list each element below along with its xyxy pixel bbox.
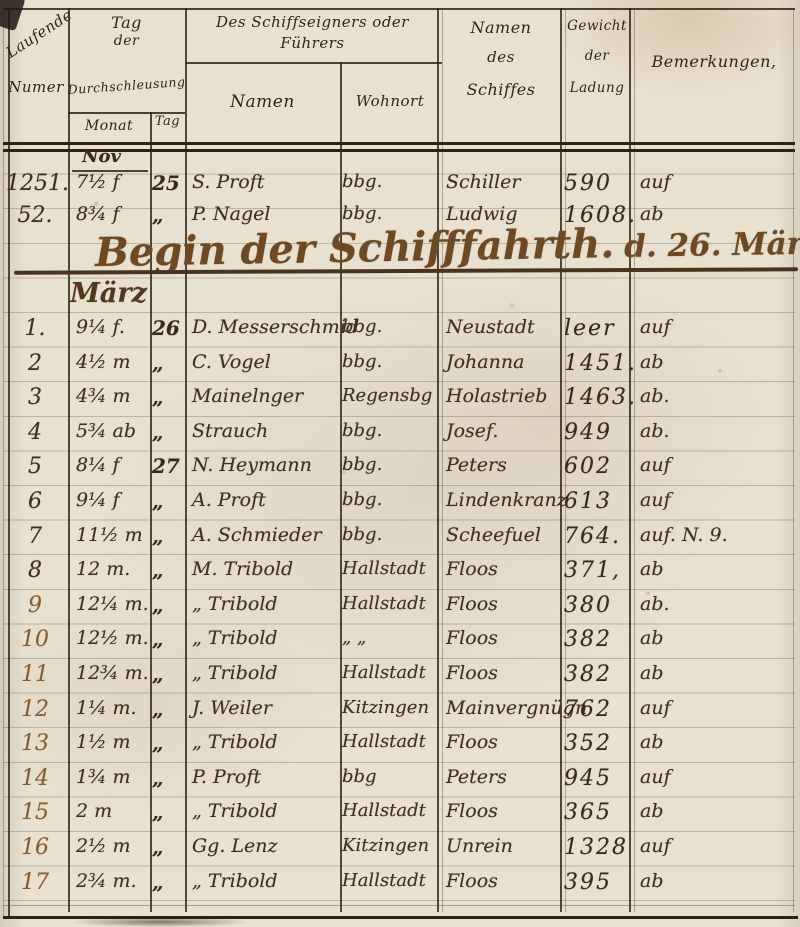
header-date-line1: Tag [68, 13, 185, 32]
cell-home-town: Hallstadt [342, 593, 426, 614]
header-ship-line2: des [442, 48, 560, 66]
cell-remark: ab. [640, 593, 670, 615]
header-sub-month: Monat [68, 118, 150, 134]
header-ship-line1: Namen [442, 18, 560, 37]
cell-home-town: Hallstadt [342, 731, 426, 752]
cell-remark: ab [640, 870, 664, 892]
cell-day: „ [152, 593, 164, 617]
cell-day: „ [152, 524, 164, 548]
cell-running-number: 11 [6, 662, 64, 687]
cell-owner-name: „ Tribold [192, 800, 278, 822]
ledger-row: 4 5¾ ab „ Strauch bbg. Josef. 949 ab. [0, 420, 800, 454]
cell-remark: ab [640, 351, 664, 373]
cell-owner-name: A. Proft [192, 489, 266, 511]
cell-time: 12¾ m. [76, 662, 149, 684]
cell-day: „ [152, 351, 164, 375]
cell-time: 7½ f [76, 171, 120, 193]
cell-running-number: 1251. [6, 171, 64, 196]
cell-time: 8¼ f [76, 454, 120, 476]
cell-cargo-weight: 602 [564, 454, 612, 479]
cell-ship-name: Floos [446, 800, 498, 822]
cell-running-number: 12 [6, 697, 64, 722]
cell-running-number: 7 [6, 524, 64, 549]
cell-home-town: „ „ [342, 627, 366, 648]
cell-owner-name: Gg. Lenz [192, 835, 278, 857]
ledger-row: 2 4½ m „ C. Vogel bbg. Johanna 1451. ab [0, 351, 800, 385]
cell-owner-name: S. Proft [192, 171, 264, 193]
cell-owner-name: M. Tribold [192, 558, 293, 580]
cell-day: „ [152, 489, 164, 513]
cell-ship-name: Floos [446, 627, 498, 649]
season-heading-date: d. 26. März 1856 [624, 224, 800, 265]
cell-home-town: bbg. [342, 524, 382, 545]
cell-cargo-weight: 380 [564, 593, 612, 618]
ledger-row: 1251. 7½ f 25 S. Proft bbg. Schiller 590… [0, 171, 800, 205]
cell-time: 1¾ m [76, 766, 131, 788]
cell-running-number: 13 [6, 731, 64, 756]
cell-remark: auf [640, 697, 671, 719]
cell-home-town: Kitzingen [342, 697, 429, 718]
ledger-row: 10 12½ m. „ „ Tribold „ „ Floos 382 ab [0, 627, 800, 661]
cell-time: 11½ m [76, 524, 143, 546]
cell-running-number: 3 [6, 385, 64, 410]
ledger-row: 15 2 m „ „ Tribold Hallstadt Floos 365 a… [0, 800, 800, 834]
cell-running-number: 4 [6, 420, 64, 445]
cell-day: „ [152, 385, 164, 409]
cell-cargo-weight: 1328 [564, 835, 628, 860]
cell-time: 8¾ f [76, 203, 120, 225]
cell-time: 4½ m [76, 351, 131, 373]
cell-running-number: 15 [6, 800, 64, 825]
cell-ship-name: Johanna [446, 351, 524, 373]
ledger-page: Laufende Numer Tag der Durchschleusung M… [0, 0, 800, 927]
cell-time: 12 m. [76, 558, 130, 580]
cell-time: 12½ m. [76, 627, 149, 649]
cell-owner-name: „ Tribold [192, 870, 278, 892]
cell-ship-name: Peters [446, 454, 507, 476]
cell-owner-name: „ Tribold [192, 731, 278, 753]
cell-day: „ [152, 870, 164, 894]
cell-day: „ [152, 420, 164, 444]
bottom-smudge [40, 916, 280, 927]
cell-ship-name: Neustadt [446, 316, 535, 338]
month-label-marz: März [70, 278, 147, 309]
ledger-row: 17 2¾ m. „ „ Tribold Hallstadt Floos 395… [0, 870, 800, 904]
header-date-line3: Durchschleusung [66, 74, 188, 97]
cell-owner-name: P. Proft [192, 766, 261, 788]
cell-cargo-weight: 395 [564, 870, 612, 895]
cell-running-number: 14 [6, 766, 64, 791]
cell-ship-name: Scheefuel [446, 524, 541, 546]
cell-ship-name: Josef. [446, 420, 498, 442]
cell-day: 25 [152, 171, 180, 195]
cell-cargo-weight: 365 [564, 800, 612, 825]
header-bottom-line-2 [3, 149, 795, 152]
cell-home-town: bbg. [342, 489, 382, 510]
cell-cargo-weight: 371, [564, 558, 621, 583]
cell-owner-name: N. Heymann [192, 454, 312, 476]
cell-cargo-weight: 382 [564, 627, 612, 652]
cell-day: 26 [152, 316, 180, 340]
ledger-row: 12 1¼ m. „ J. Weiler Kitzingen Mainvergn… [0, 697, 800, 731]
corner-ink-blot [0, 0, 26, 31]
cell-ship-name: Peters [446, 766, 507, 788]
cell-owner-name: D. Messerschmid [192, 316, 358, 338]
cell-running-number: 10 [6, 627, 64, 652]
cell-ship-name: Floos [446, 662, 498, 684]
cell-running-number: 17 [6, 870, 64, 895]
owner-header-underline [185, 62, 442, 64]
cell-running-number: 5 [6, 454, 64, 479]
cell-time: 2¾ m. [76, 870, 137, 892]
cell-owner-name: C. Vogel [192, 351, 271, 373]
cell-remark: auf [640, 171, 671, 193]
cell-home-town: bbg. [342, 420, 382, 441]
cell-home-town: Hallstadt [342, 558, 426, 579]
cell-remark: ab [640, 558, 664, 580]
cell-owner-name: „ Tribold [192, 627, 278, 649]
cell-day: „ [152, 766, 164, 790]
month-label-nov: Nov [82, 146, 121, 167]
cell-ship-name: Floos [446, 870, 498, 892]
cell-cargo-weight: 1451. [564, 351, 637, 376]
cell-cargo-weight: 949 [564, 420, 612, 445]
header-sub-day: Tag [150, 114, 185, 129]
cell-home-town: bbg. [342, 203, 382, 224]
ledger-row: 16 2½ m „ Gg. Lenz Kitzingen Unrein 1328… [0, 835, 800, 869]
cell-cargo-weight: 382 [564, 662, 612, 687]
cell-day: „ [152, 558, 164, 582]
cell-cargo-weight: 1463. [564, 385, 637, 410]
ledger-row: 11 12¾ m. „ „ Tribold Hallstadt Floos 38… [0, 662, 800, 696]
cell-day: „ [152, 731, 164, 755]
cell-ship-name: Floos [446, 731, 498, 753]
cell-owner-name: A. Schmieder [192, 524, 322, 546]
header-remarks: Bemerkungen, [634, 52, 794, 71]
cell-day: „ [152, 697, 164, 721]
cell-running-number: 9 [6, 593, 64, 618]
cell-running-number: 1. [6, 316, 64, 341]
header-owner-line1: Des Schiffseigners oder [185, 13, 440, 31]
header-bottom-line-1 [3, 142, 795, 145]
cell-home-town: bbg. [342, 316, 382, 337]
cell-time: 12¼ m. [76, 593, 149, 615]
cell-cargo-weight: 945 [564, 766, 612, 791]
cell-ship-name: Floos [446, 558, 498, 580]
ledger-row: 6 9¼ f „ A. Proft bbg. Lindenkranz 613 a… [0, 489, 800, 523]
header-weight-line2: der [563, 48, 631, 64]
ledger-row: 13 1½ m „ „ Tribold Hallstadt Floos 352 … [0, 731, 800, 765]
cell-owner-name: P. Nagel [192, 203, 270, 225]
header-date-line2: der [68, 33, 185, 49]
cell-day: „ [152, 627, 164, 651]
header-weight-line3: Ladung [563, 80, 631, 96]
cell-remark: ab [640, 627, 664, 649]
cell-home-town: bbg. [342, 351, 382, 372]
cell-remark: ab [640, 662, 664, 684]
header-number-line2: Numer [6, 78, 66, 96]
cell-running-number: 2 [6, 351, 64, 376]
cell-home-town: Hallstadt [342, 870, 426, 891]
header-sub-home: Wohnort [340, 92, 440, 110]
cell-time: 5¾ ab [76, 420, 136, 442]
cell-day: „ [152, 662, 164, 686]
cell-ship-name: Schiller [446, 171, 520, 193]
bottom-line-faint [3, 905, 795, 906]
ledger-row: 9 12¼ m. „ „ Tribold Hallstadt Floos 380… [0, 593, 800, 627]
cell-time: 1½ m [76, 731, 131, 753]
top-border [3, 8, 795, 10]
cell-ship-name: Floos [446, 593, 498, 615]
ledger-row: 14 1¾ m „ P. Proft bbg Peters 945 auf [0, 766, 800, 800]
cell-owner-name: „ Tribold [192, 662, 278, 684]
cell-ship-name: Holastrieb [446, 385, 547, 407]
cell-home-town: Hallstadt [342, 800, 426, 821]
cell-owner-name: Strauch [192, 420, 268, 442]
cell-remark: ab [640, 731, 664, 753]
cell-running-number: 16 [6, 835, 64, 860]
cell-running-number: 6 [6, 489, 64, 514]
cell-remark: auf [640, 454, 671, 476]
cell-remark: auf [640, 489, 671, 511]
ledger-row: 5 8¼ f 27 N. Heymann bbg. Peters 602 auf [0, 454, 800, 488]
cell-home-town: bbg [342, 766, 377, 787]
cell-remark: auf [640, 316, 671, 338]
cell-remark: ab. [640, 385, 670, 407]
cell-ship-name: Unrein [446, 835, 513, 857]
header-sub-name: Namen [185, 92, 340, 112]
ledger-row: 7 11½ m „ A. Schmieder bbg. Scheefuel 76… [0, 524, 800, 558]
cell-time: 2 m [76, 800, 112, 822]
ledger-row: 3 4¾ m „ Mainelnger Regensbg Holastrieb … [0, 385, 800, 419]
cell-cargo-weight: 613 [564, 489, 612, 514]
cell-owner-name: Mainelnger [192, 385, 303, 407]
header-owner-line2: Führers [185, 34, 440, 52]
cell-remark: auf. N. 9. [640, 524, 728, 546]
cell-time: 1¼ m. [76, 697, 137, 719]
ledger-row: 1. 9¼ f. 26 D. Messerschmid bbg. Neustad… [0, 316, 800, 350]
cell-owner-name: „ Tribold [192, 593, 278, 615]
cell-home-town: Regensbg [342, 385, 432, 406]
cell-remark: auf [640, 766, 671, 788]
cell-ship-name: Lindenkranz [446, 489, 567, 511]
cell-cargo-weight: 764. [564, 524, 621, 549]
cell-time: 4¾ m [76, 385, 131, 407]
cell-remark: auf [640, 835, 671, 857]
cell-cargo-weight: leer [564, 316, 616, 341]
header-weight-line1: Gewicht [563, 18, 631, 34]
cell-cargo-weight: 762 [564, 697, 612, 722]
cell-home-town: bbg. [342, 171, 382, 192]
cell-home-town: Kitzingen [342, 835, 429, 856]
cell-home-town: bbg. [342, 454, 382, 475]
cell-day: „ [152, 800, 164, 824]
cell-time: 2½ m [76, 835, 131, 857]
cell-day: „ [152, 835, 164, 859]
cell-remark: ab. [640, 420, 670, 442]
cell-day: 27 [152, 454, 180, 478]
ledger-row: 8 12 m. „ M. Tribold Hallstadt Floos 371… [0, 558, 800, 592]
cell-time: 9¼ f [76, 489, 120, 511]
cell-running-number: 52. [6, 203, 64, 228]
cell-day: „ [152, 203, 164, 227]
cell-remark: ab [640, 800, 664, 822]
cell-cargo-weight: 352 [564, 731, 612, 756]
cell-time: 9¼ f. [76, 316, 125, 338]
cell-home-town: Hallstadt [342, 662, 426, 683]
cell-running-number: 8 [6, 558, 64, 583]
cell-owner-name: J. Weiler [192, 697, 272, 719]
cell-cargo-weight: 590 [564, 171, 612, 196]
header-ship-line3: Schiffes [442, 80, 560, 99]
